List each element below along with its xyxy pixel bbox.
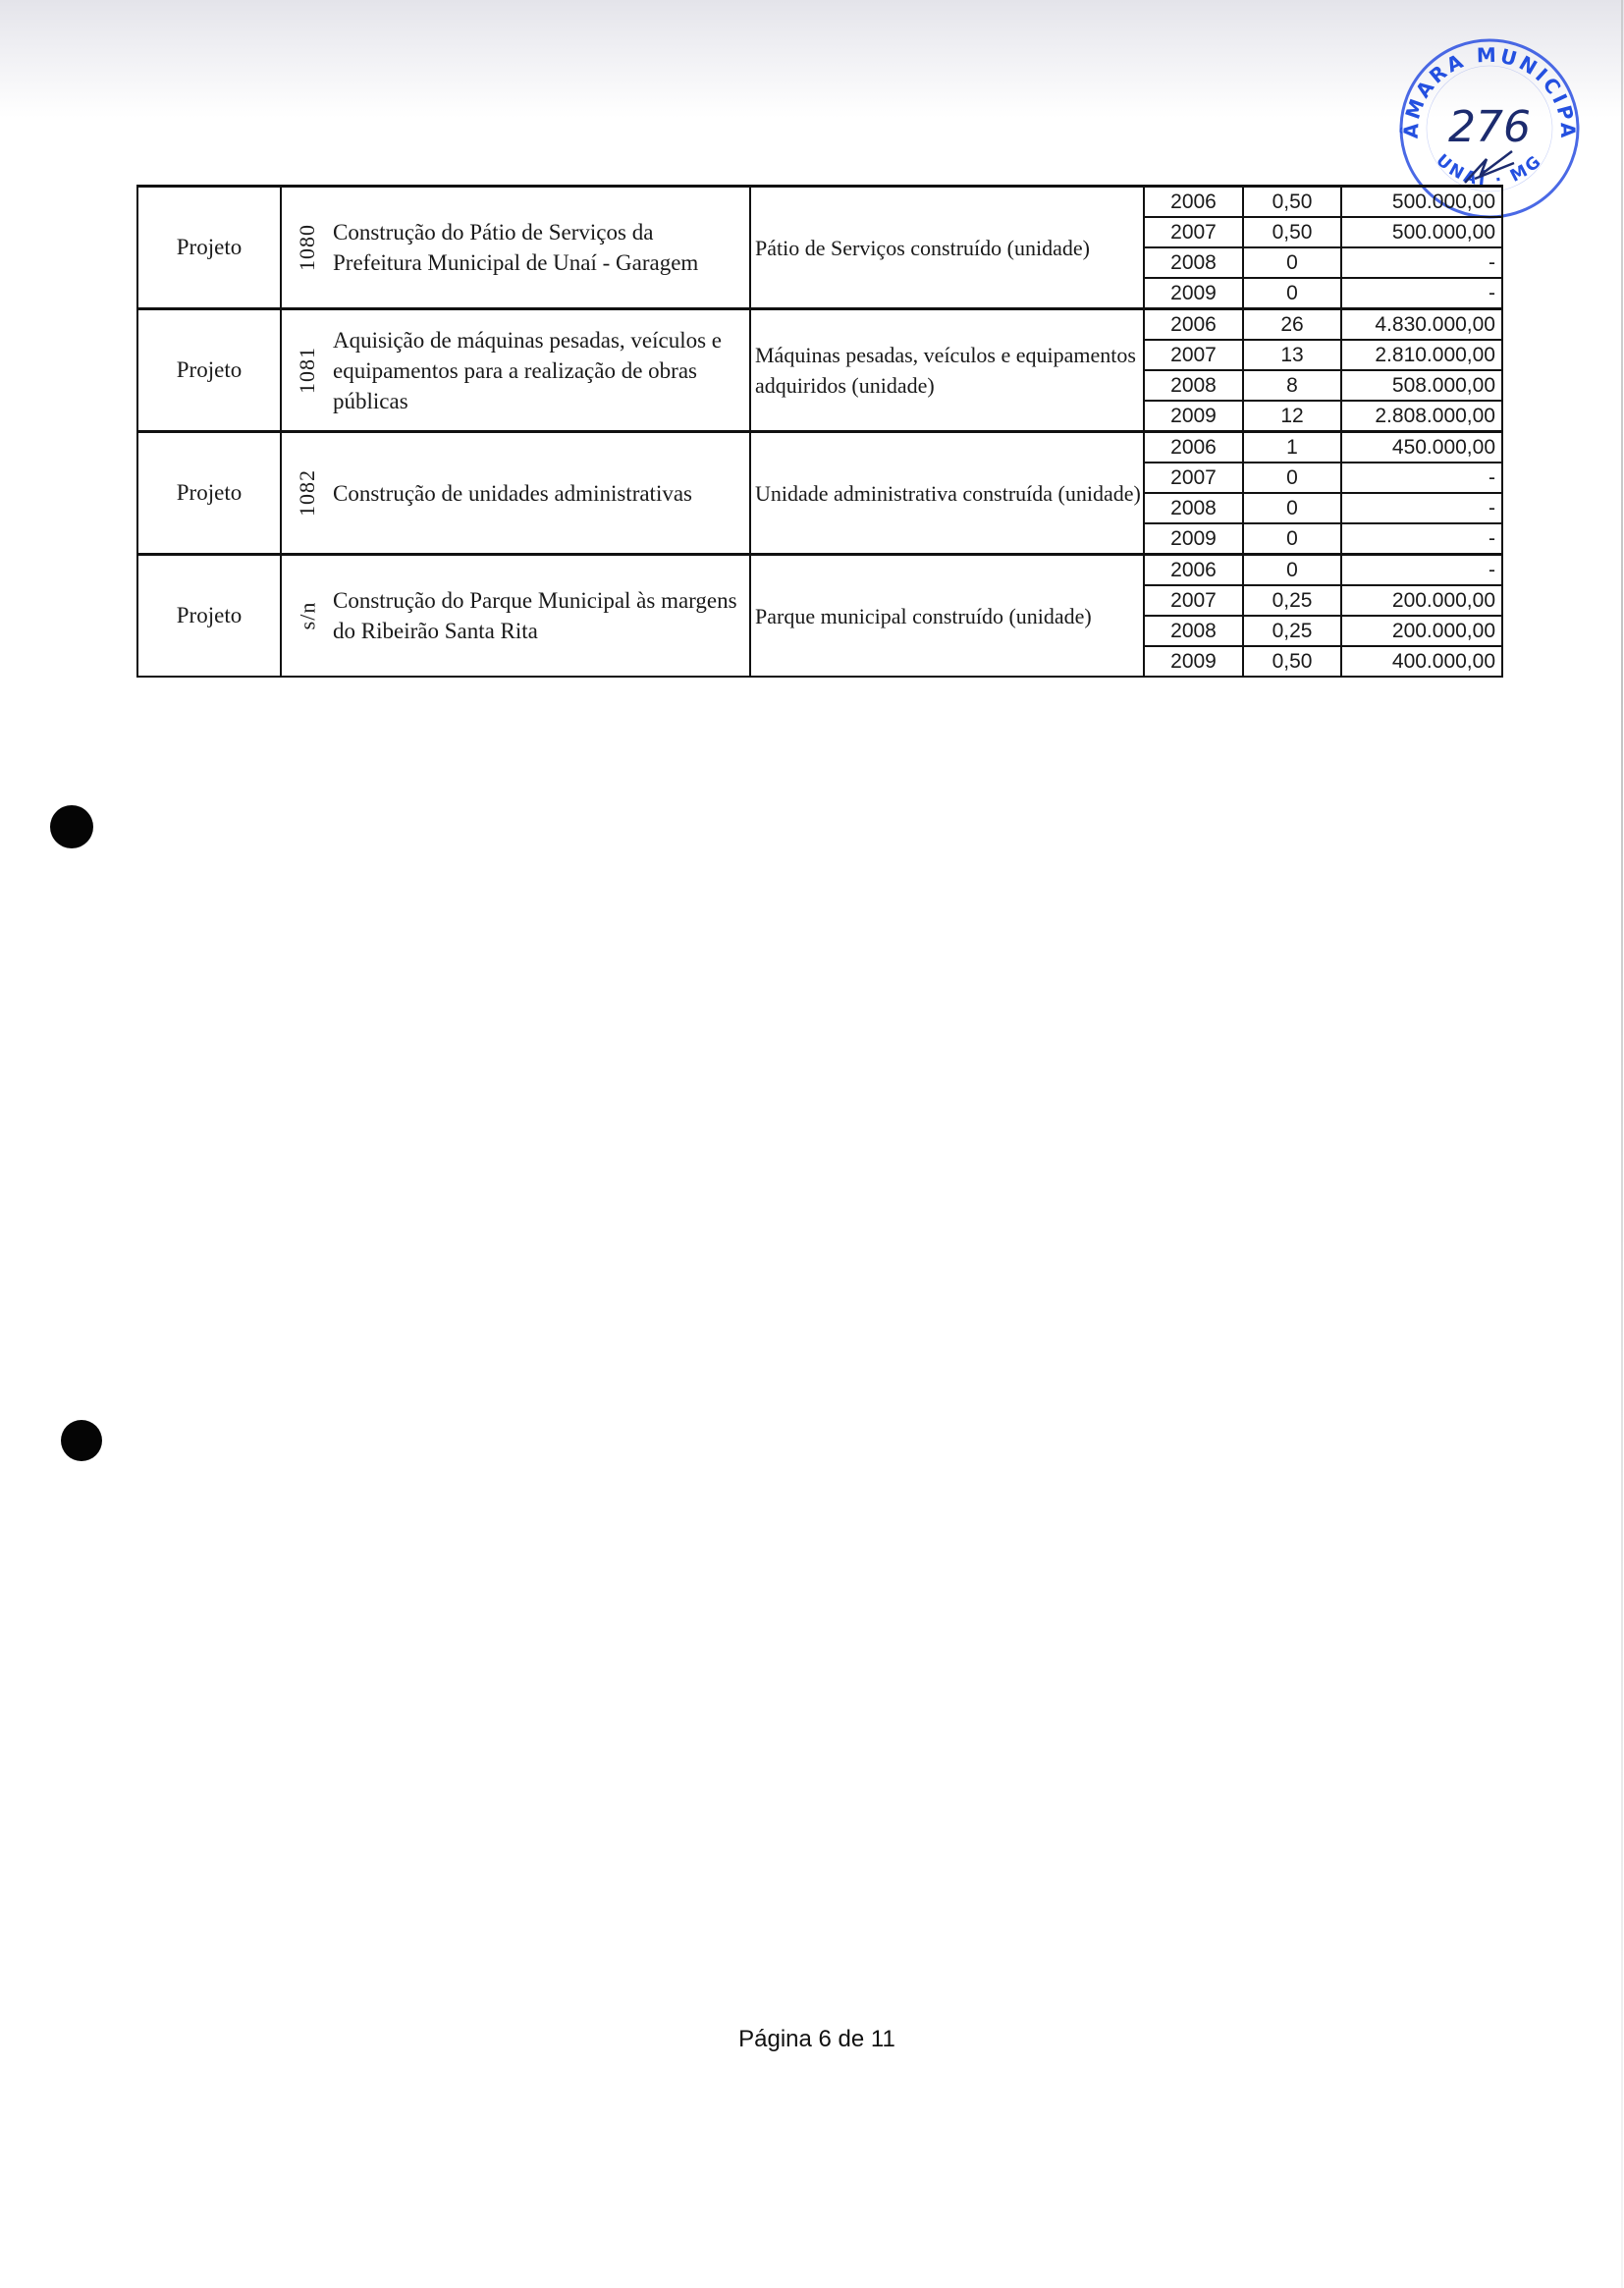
stamp-page-number: 276 xyxy=(1448,102,1531,152)
project-table: Projeto1080Construção do Pátio de Serviç… xyxy=(136,185,1503,678)
amount-cell: 500.000,00 xyxy=(1341,187,1502,218)
year-cell: 2006 xyxy=(1144,555,1243,586)
action-code: 1081 xyxy=(295,347,320,394)
quantity-cell: 13 xyxy=(1243,340,1341,370)
year-cell: 2008 xyxy=(1144,370,1243,401)
action-description-cell: s/nConstrução do Parque Municipal às mar… xyxy=(281,555,750,678)
quantity-cell: 0,50 xyxy=(1243,646,1341,677)
scan-shading xyxy=(0,0,1624,118)
quantity-cell: 0 xyxy=(1243,247,1341,278)
quantity-cell: 0 xyxy=(1243,555,1341,586)
amount-cell: - xyxy=(1341,493,1502,523)
amount-cell: 450.000,00 xyxy=(1341,432,1502,463)
amount-cell: 2.808.000,00 xyxy=(1341,401,1502,432)
amount-cell: 508.000,00 xyxy=(1341,370,1502,401)
action-code: 1082 xyxy=(295,469,320,517)
table-row: Projeto1081Aquisição de máquinas pesadas… xyxy=(137,309,1502,341)
quantity-cell: 0 xyxy=(1243,463,1341,493)
indicator: Máquinas pesadas, veículos e equipamento… xyxy=(750,309,1144,432)
table-row: Projetos/nConstrução do Parque Municipal… xyxy=(137,555,1502,586)
amount-cell: 2.810.000,00 xyxy=(1341,340,1502,370)
action-description-cell: 1082Construção de unidades administrativ… xyxy=(281,432,750,555)
amount-cell: 4.830.000,00 xyxy=(1341,309,1502,341)
action-type: Projeto xyxy=(137,309,281,432)
quantity-cell: 0 xyxy=(1243,493,1341,523)
year-cell: 2007 xyxy=(1144,463,1243,493)
page-edge-shadow xyxy=(1621,0,1623,2288)
year-cell: 2008 xyxy=(1144,493,1243,523)
year-cell: 2006 xyxy=(1144,309,1243,341)
page-number: Página 6 de 11 xyxy=(0,2026,1624,2053)
amount-cell: 400.000,00 xyxy=(1341,646,1502,677)
quantity-cell: 0 xyxy=(1243,523,1341,555)
year-cell: 2009 xyxy=(1144,401,1243,432)
punch-hole xyxy=(61,1420,102,1461)
amount-cell: - xyxy=(1341,278,1502,309)
year-cell: 2009 xyxy=(1144,278,1243,309)
quantity-cell: 26 xyxy=(1243,309,1341,341)
action-description: Aquisição de máquinas pesadas, veículos … xyxy=(333,325,749,416)
action-description: Construção do Pátio de Serviços da Prefe… xyxy=(333,217,749,278)
quantity-cell: 0,50 xyxy=(1243,217,1341,247)
amount-cell: - xyxy=(1341,463,1502,493)
action-type: Projeto xyxy=(137,555,281,678)
action-description: Construção do Parque Municipal às margen… xyxy=(333,585,749,646)
action-code: s/n xyxy=(295,602,320,630)
year-cell: 2006 xyxy=(1144,187,1243,218)
year-cell: 2008 xyxy=(1144,616,1243,646)
year-cell: 2007 xyxy=(1144,340,1243,370)
amount-cell: 500.000,00 xyxy=(1341,217,1502,247)
table-row: Projeto1080Construção do Pátio de Serviç… xyxy=(137,187,1502,218)
quantity-cell: 12 xyxy=(1243,401,1341,432)
year-cell: 2009 xyxy=(1144,646,1243,677)
amount-cell: 200.000,00 xyxy=(1341,616,1502,646)
quantity-cell: 1 xyxy=(1243,432,1341,463)
year-cell: 2009 xyxy=(1144,523,1243,555)
action-type: Projeto xyxy=(137,187,281,309)
table-row: Projeto1082Construção de unidades admini… xyxy=(137,432,1502,463)
year-cell: 2007 xyxy=(1144,217,1243,247)
year-cell: 2006 xyxy=(1144,432,1243,463)
action-description: Construção de unidades administrativas xyxy=(333,478,698,509)
quantity-cell: 0,50 xyxy=(1243,187,1341,218)
amount-cell: - xyxy=(1341,247,1502,278)
amount-cell: - xyxy=(1341,523,1502,555)
amount-cell: 200.000,00 xyxy=(1341,585,1502,616)
amount-cell: - xyxy=(1341,555,1502,586)
indicator: Pátio de Serviços construído (unidade) xyxy=(750,187,1144,309)
quantity-cell: 0,25 xyxy=(1243,585,1341,616)
indicator: Parque municipal construído (unidade) xyxy=(750,555,1144,678)
indicator: Unidade administrativa construída (unida… xyxy=(750,432,1144,555)
quantity-cell: 0 xyxy=(1243,278,1341,309)
action-description-cell: 1081Aquisição de máquinas pesadas, veícu… xyxy=(281,309,750,432)
punch-hole xyxy=(50,805,93,848)
quantity-cell: 8 xyxy=(1243,370,1341,401)
quantity-cell: 0,25 xyxy=(1243,616,1341,646)
year-cell: 2008 xyxy=(1144,247,1243,278)
action-code: 1080 xyxy=(295,224,320,271)
year-cell: 2007 xyxy=(1144,585,1243,616)
action-type: Projeto xyxy=(137,432,281,555)
action-description-cell: 1080Construção do Pátio de Serviços da P… xyxy=(281,187,750,309)
